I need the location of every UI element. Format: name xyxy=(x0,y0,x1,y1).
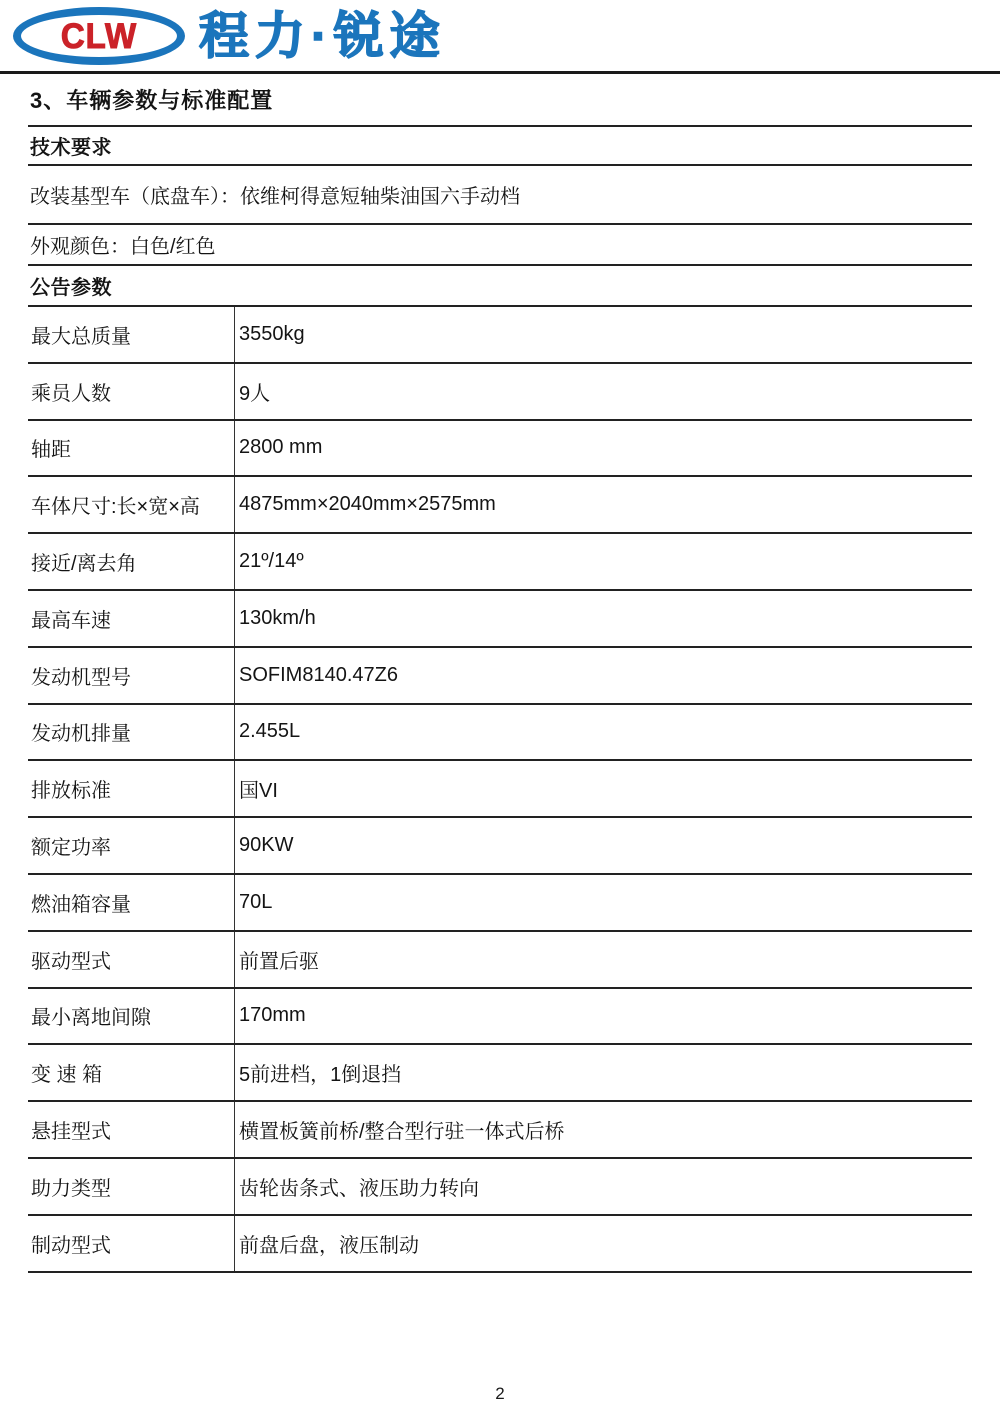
announcement-heading: 公告参数 xyxy=(28,266,972,305)
spec-row: 排放标准国VI xyxy=(28,761,972,818)
spec-row: 变 速 箱5前进档，1倒退挡 xyxy=(28,1045,972,1102)
spec-row: 发动机型号SOFIM8140.47Z6 xyxy=(28,648,972,705)
spec-label: 车体尺寸:长×宽×高 xyxy=(28,477,235,532)
spec-label: 制动型式 xyxy=(28,1216,235,1271)
spec-row: 悬挂型式横置板簧前桥/整合型行驻一体式后桥 xyxy=(28,1102,972,1159)
content: 3、车辆参数与标准配置 技术要求 改装基型车（底盘车）：依维柯得意短轴柴油国六手… xyxy=(28,74,972,1273)
spec-value: 130km/h xyxy=(235,591,972,646)
spec-label: 最高车速 xyxy=(28,591,235,646)
spec-label: 最大总质量 xyxy=(28,307,235,362)
tech-requirements-rows: 改装基型车（底盘车）：依维柯得意短轴柴油国六手动档外观颜色：白色/红色 xyxy=(28,166,972,266)
spec-value: 2800 mm xyxy=(235,421,972,476)
spec-value: 2.455L xyxy=(235,705,972,760)
spec-label: 发动机排量 xyxy=(28,705,235,760)
section-title: 3、车辆参数与标准配置 xyxy=(28,74,972,125)
brand-header: CLW 程力·锐途 xyxy=(0,0,1000,74)
tech-requirements-heading: 技术要求 xyxy=(28,127,972,164)
spec-row: 助力类型齿轮齿条式、液压助力转向 xyxy=(28,1159,972,1216)
spec-label: 驱动型式 xyxy=(28,932,235,987)
spec-value: 前盘后盘，液压制动 xyxy=(235,1216,972,1271)
spec-value: 国VI xyxy=(235,761,972,816)
spec-value: 前置后驱 xyxy=(235,932,972,987)
clw-logo-text: CLW xyxy=(61,15,137,56)
spec-label: 变 速 箱 xyxy=(28,1045,235,1100)
spec-label: 发动机型号 xyxy=(28,648,235,703)
brand-name: 程力·锐途 xyxy=(199,11,446,61)
spec-value: 90KW xyxy=(235,818,972,873)
spec-value: 9人 xyxy=(235,364,972,419)
spec-value: SOFIM8140.47Z6 xyxy=(235,648,972,703)
requirement-row: 改装基型车（底盘车）：依维柯得意短轴柴油国六手动档 xyxy=(28,166,972,225)
spec-value: 4875mm×2040mm×2575mm xyxy=(235,477,972,532)
spec-value: 21º/14º xyxy=(235,534,972,589)
spec-row: 发动机排量2.455L xyxy=(28,705,972,762)
spec-label: 悬挂型式 xyxy=(28,1102,235,1157)
document-page: CLW 程力·锐途 3、车辆参数与标准配置 技术要求 改装基型车（底盘车）：依维… xyxy=(0,0,1000,1417)
spec-label: 乘员人数 xyxy=(28,364,235,419)
spec-value: 3550kg xyxy=(235,307,972,362)
page-number: 2 xyxy=(0,1384,1000,1404)
spec-value: 70L xyxy=(235,875,972,930)
spec-row: 最小离地间隙170mm xyxy=(28,989,972,1046)
spec-row: 驱动型式前置后驱 xyxy=(28,932,972,989)
spec-row: 乘员人数9人 xyxy=(28,364,972,421)
clw-logo-badge: CLW xyxy=(13,7,185,65)
spec-row: 车体尺寸:长×宽×高4875mm×2040mm×2575mm xyxy=(28,477,972,534)
spec-value: 5前进档，1倒退挡 xyxy=(235,1045,972,1100)
spec-label: 额定功率 xyxy=(28,818,235,873)
spec-label: 排放标准 xyxy=(28,761,235,816)
spec-row: 接近/离去角21º/14º xyxy=(28,534,972,591)
spec-label: 接近/离去角 xyxy=(28,534,235,589)
spec-value: 横置板簧前桥/整合型行驻一体式后桥 xyxy=(235,1102,972,1157)
spec-row: 燃油箱容量70L xyxy=(28,875,972,932)
clw-logo: CLW 程力·锐途 xyxy=(13,7,446,65)
spec-row: 制动型式前盘后盘，液压制动 xyxy=(28,1216,972,1273)
spec-label: 燃油箱容量 xyxy=(28,875,235,930)
spec-row: 最大总质量3550kg xyxy=(28,307,972,364)
requirement-row: 外观颜色：白色/红色 xyxy=(28,225,972,266)
spec-row: 额定功率90KW xyxy=(28,818,972,875)
spec-label: 轴距 xyxy=(28,421,235,476)
spec-label: 助力类型 xyxy=(28,1159,235,1214)
spec-value: 170mm xyxy=(235,989,972,1044)
announcement-table: 最大总质量3550kg乘员人数9人轴距2800 mm车体尺寸:长×宽×高4875… xyxy=(28,305,972,1273)
spec-value: 齿轮齿条式、液压助力转向 xyxy=(235,1159,972,1214)
spec-label: 最小离地间隙 xyxy=(28,989,235,1044)
spec-row: 最高车速130km/h xyxy=(28,591,972,648)
spec-row: 轴距2800 mm xyxy=(28,421,972,478)
